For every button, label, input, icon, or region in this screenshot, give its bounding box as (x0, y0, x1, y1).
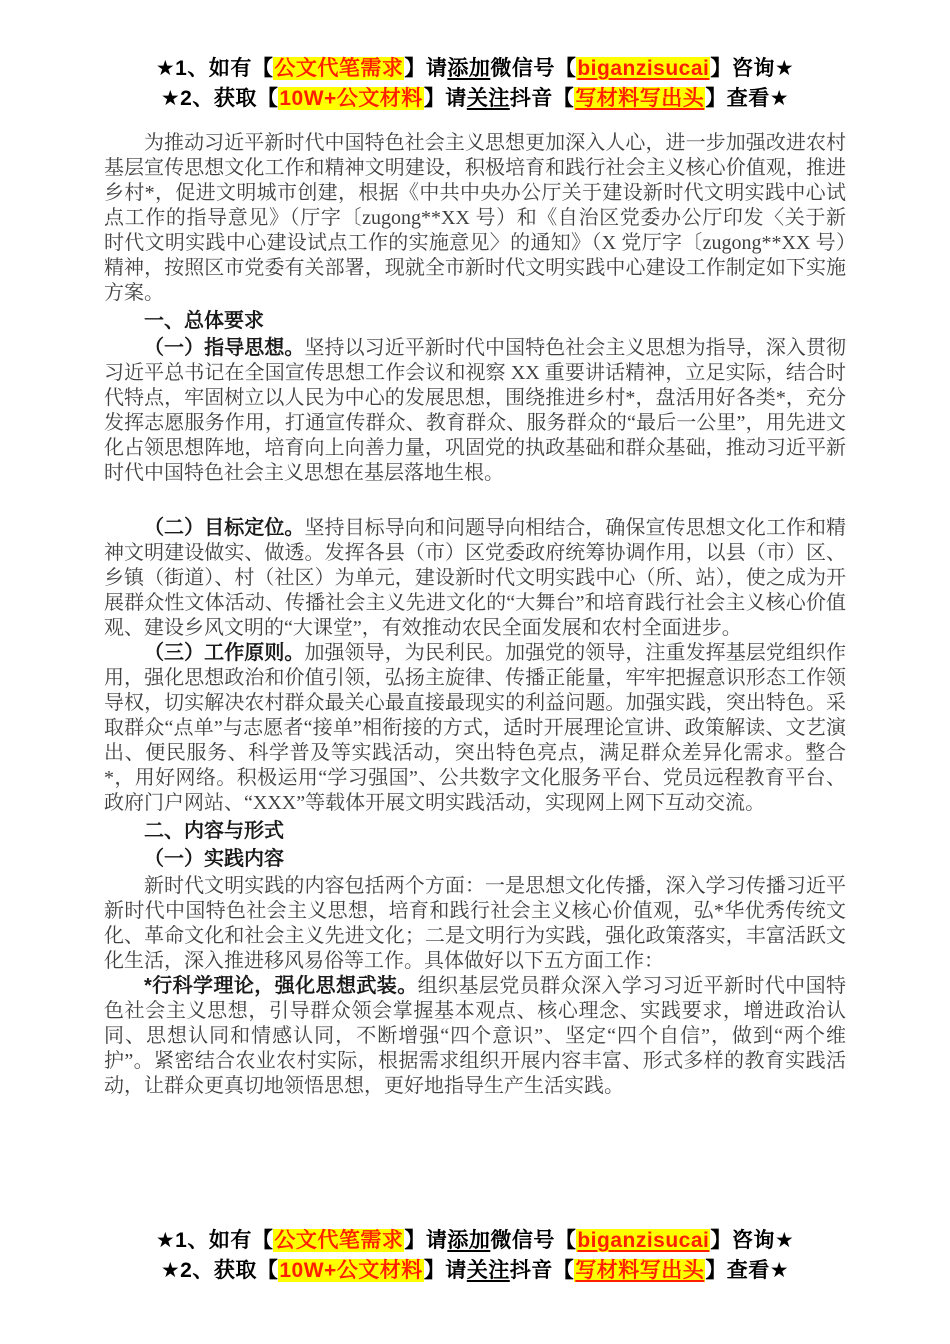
banner-prefix: ★1、如有【 (156, 1229, 274, 1252)
banner-suffix: 】查看★ (705, 1259, 789, 1282)
paragraph-lead-bold: （一）实践内容 (144, 848, 284, 870)
banner-suffix: 】查看★ (705, 87, 789, 110)
add-action-label: 添加 (447, 57, 490, 80)
banner-line: ★2、获取【10W+公文材料】请关注抖音【写材料写出头】查看★ (104, 84, 846, 114)
banner-text: 微信号【 (490, 57, 576, 80)
intro-paragraph: 为推动习近平新时代中国特色社会主义思想更加深入人心，进一步加强改进农村基层宣传思… (104, 131, 846, 306)
banner-prefix: ★1、如有【 (156, 57, 274, 80)
paragraph-lead-bold: （一）指导思想。 (144, 337, 304, 359)
wechat-id: biganzisucai (576, 57, 710, 80)
work-principles-paragraph: （三）工作原则。加强领导，为民利民。加强党的领导，注重发挥基层党组织作用，强化思… (104, 641, 846, 816)
section-heading-overall-requirements: 一、总体要求 (104, 309, 846, 334)
banner-text: 】请 (424, 87, 467, 110)
paragraph-lead-bold: 二、内容与形式 (144, 820, 284, 842)
banner-prefix: ★2、获取【 (161, 1259, 279, 1282)
paragraph-lead-bold: *行科学理论，强化思想武装。 (144, 975, 418, 997)
paragraph-lead-bold: 一、总体要求 (144, 310, 264, 332)
banner-line: ★1、如有【公文代笔需求】请添加微信号【biganzisucai】咨询★ (104, 54, 846, 84)
practice-content-paragraph: 新时代文明实践的内容包括两个方面：一是思想文化传播，深入学习传播习近平新时代中国… (104, 874, 846, 974)
paragraph-lead-bold: （二）目标定位。 (144, 517, 304, 539)
banner-text: 】请 (404, 57, 447, 80)
document-page: ★1、如有【公文代笔需求】请添加微信号【biganzisucai】咨询★★2、获… (0, 0, 950, 1344)
promo-material-label: 10W+公文材料 (278, 1259, 423, 1282)
promo-banner-top: ★1、如有【公文代笔需求】请添加微信号【biganzisucai】咨询★★2、获… (104, 54, 846, 114)
target-positioning-paragraph: （二）目标定位。坚持目标导向和问题导向相结合，确保宣传思想文化工作和精神文明建设… (104, 516, 846, 641)
section-heading-content-and-form: 二、内容与形式 (104, 819, 846, 844)
banner-text: 抖音【 (510, 87, 575, 110)
banner-text: 】请 (404, 1229, 447, 1252)
banner-text: 】请 (424, 1259, 467, 1282)
follow-action-label: 关注 (467, 1259, 510, 1282)
banner-line: ★2、获取【10W+公文材料】请关注抖音【写材料写出头】查看★ (104, 1256, 846, 1286)
scientific-theory-paragraph: *行科学理论，强化思想武装。组织基层党员群众深入学习习近平新时代中国特色社会主义… (104, 974, 846, 1099)
subsection-heading-practice-content: （一）实践内容 (104, 847, 846, 872)
paragraph-text: 坚持以习近平新时代中国特色社会主义思想为指导，深入贯彻习近平总书记在全国宣传思想… (104, 337, 846, 484)
paragraph-text: 加强领导，为民利民。加强党的领导，注重发挥基层党组织作用，强化思想政治和价值引领… (104, 642, 846, 814)
banner-text: 微信号【 (490, 1229, 576, 1252)
paragraph-text: 新时代文明实践的内容包括两个方面：一是思想文化传播，深入学习传播习近平新时代中国… (104, 875, 846, 972)
follow-action-label: 关注 (467, 87, 510, 110)
paragraph-text: 为推动习近平新时代中国特色社会主义思想更加深入人心，进一步加强改进农村基层宣传思… (104, 132, 846, 304)
banner-suffix: 】咨询★ (710, 57, 794, 80)
promo-service-label: 公文代笔需求 (273, 1229, 404, 1252)
promo-banner-bottom: ★1、如有【公文代笔需求】请添加微信号【biganzisucai】咨询★★2、获… (104, 1226, 846, 1286)
add-action-label: 添加 (447, 1229, 490, 1252)
douyin-account: 写材料写出头 (574, 87, 705, 110)
promo-material-label: 10W+公文材料 (278, 87, 423, 110)
banner-text: 抖音【 (510, 1259, 575, 1282)
banner-prefix: ★2、获取【 (161, 87, 279, 110)
document-body: 为推动习近平新时代中国特色社会主义思想更加深入人心，进一步加强改进农村基层宣传思… (104, 131, 846, 1099)
guiding-ideology-paragraph: （一）指导思想。坚持以习近平新时代中国特色社会主义思想为指导，深入贯彻习近平总书… (104, 336, 846, 486)
promo-service-label: 公文代笔需求 (273, 57, 404, 80)
douyin-account: 写材料写出头 (574, 1259, 705, 1282)
wechat-id: biganzisucai (576, 1229, 710, 1252)
banner-line: ★1、如有【公文代笔需求】请添加微信号【biganzisucai】咨询★ (104, 1226, 846, 1256)
paragraph-lead-bold: （三）工作原则。 (144, 642, 304, 664)
banner-suffix: 】咨询★ (710, 1229, 794, 1252)
